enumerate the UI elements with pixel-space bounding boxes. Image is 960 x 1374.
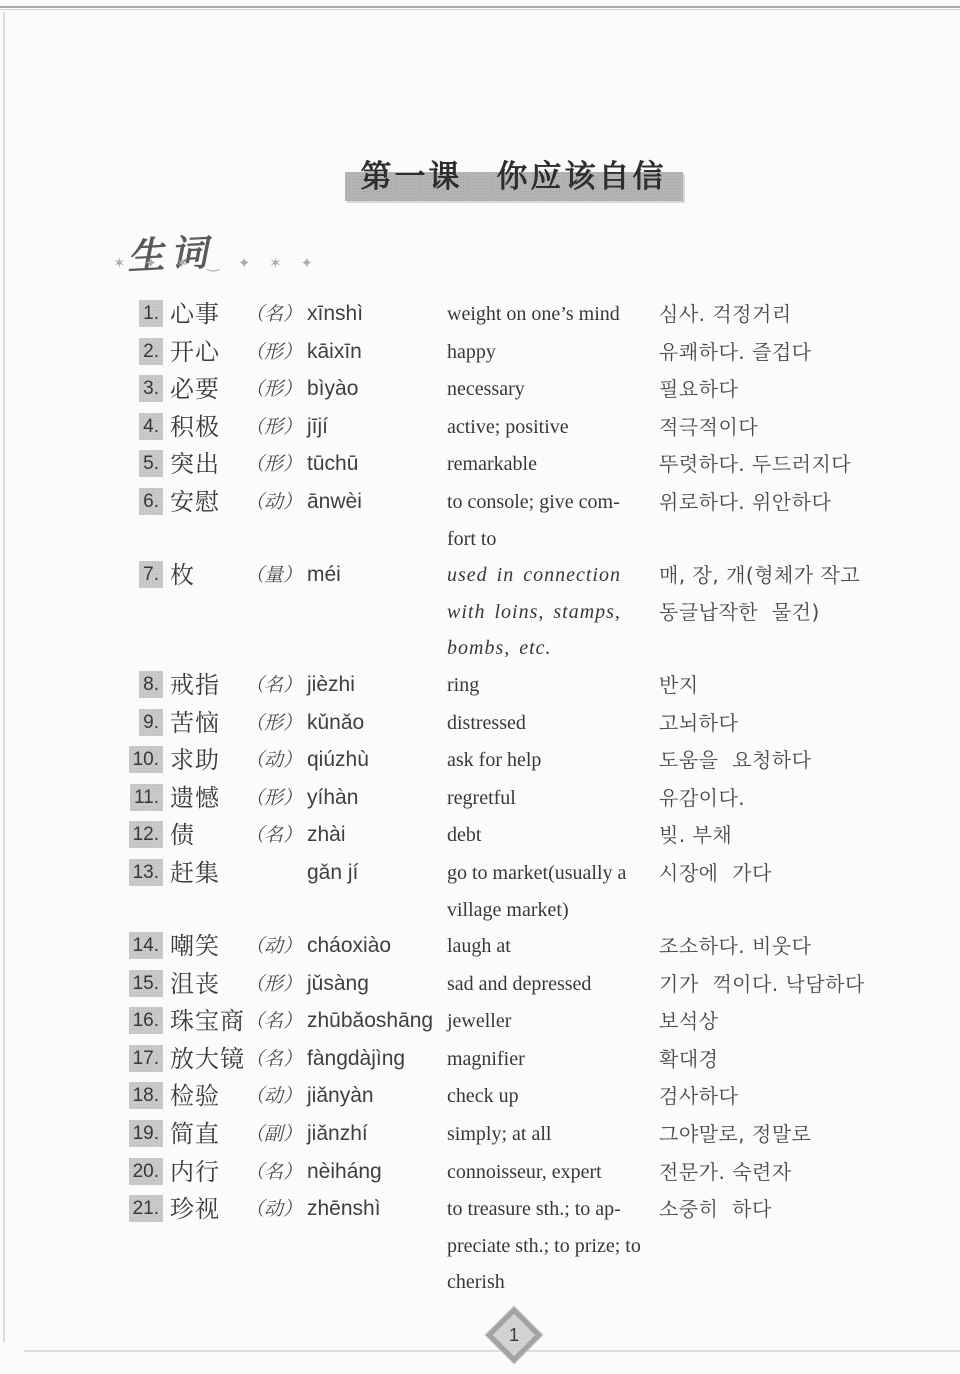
vocab-korean-gloss: 매, 장, 개(형체가 작고 동글납작한 물건) xyxy=(659,557,900,630)
vocab-number: 1. xyxy=(139,300,163,327)
vocab-word-chinese: 安慰 xyxy=(170,484,245,521)
vocab-number-cell: 12. xyxy=(127,817,170,855)
vocab-part-of-speech: （动） xyxy=(245,484,307,521)
vocab-pinyin: zhūbǎoshāng xyxy=(307,1003,447,1040)
vocab-number: 10. xyxy=(129,746,163,773)
vocab-number: 6. xyxy=(139,488,163,515)
vocab-english-gloss: remarkable xyxy=(447,446,659,483)
vocab-number-cell: 13. xyxy=(127,855,170,893)
vocab-number-cell: 8. xyxy=(127,667,170,705)
vocab-number-cell: 20. xyxy=(127,1154,170,1192)
vocab-word-chinese: 苦恼 xyxy=(170,705,245,742)
vocab-number-cell: 11. xyxy=(127,780,170,818)
vocab-english-gloss: go to market(usually a village market) xyxy=(447,855,659,928)
vocab-number-cell: 17. xyxy=(127,1041,170,1079)
vocab-pinyin: méi xyxy=(307,557,447,594)
vocab-pinyin: bìyào xyxy=(307,371,447,408)
vocab-korean-gloss: 심사. 걱정거리 xyxy=(659,296,900,333)
vocab-english-gloss: jeweller xyxy=(447,1003,659,1040)
vocab-number: 20. xyxy=(129,1158,163,1185)
vocab-korean-gloss: 소중히 하다 xyxy=(659,1191,900,1228)
vocab-english-gloss: check up xyxy=(447,1078,659,1115)
new-words-section-header: 生词 ✶ ✦ ✶ ‿ ✦ ✶ ✦ xyxy=(127,224,900,288)
vocab-number: 2. xyxy=(139,338,163,365)
vocab-number-cell: 10. xyxy=(127,742,170,780)
vocab-row: 14. 嘲笑 （动） cháoxiào laugh at 조소하다. 비웃다 xyxy=(127,928,900,966)
vocab-number-cell: 1. xyxy=(127,296,170,334)
vocab-korean-gloss: 도움을 요청하다 xyxy=(659,742,900,779)
vocab-row: 18. 检验 （动） jiǎnyàn check up 검사하다 xyxy=(127,1078,900,1116)
vocab-number: 11. xyxy=(130,784,163,811)
vocab-word-chinese: 必要 xyxy=(170,371,245,408)
page-number-diamond-badge: 1 xyxy=(485,1307,542,1364)
vocab-number: 16. xyxy=(129,1007,163,1034)
vocab-word-chinese: 放大镜 xyxy=(170,1041,245,1078)
vocab-number: 18. xyxy=(129,1082,163,1109)
vocab-number-cell: 19. xyxy=(127,1116,170,1154)
vocab-number: 17. xyxy=(129,1045,163,1072)
vocab-korean-gloss: 빚. 부채 xyxy=(659,817,900,854)
vocab-part-of-speech: （动） xyxy=(245,1191,307,1228)
vocab-row: 2. 开心 （形） kāixīn happy 유쾌하다. 즐겁다 xyxy=(127,334,900,372)
vocab-word-chinese: 遗憾 xyxy=(170,780,245,817)
vocab-word-chinese: 突出 xyxy=(170,446,245,483)
vocab-english-gloss: magnifier xyxy=(447,1041,659,1078)
vocab-korean-gloss: 필요하다 xyxy=(659,371,900,408)
vocab-word-chinese: 珠宝商 xyxy=(170,1003,245,1040)
vocab-row: 1. 心事 （名） xīnshì weight on one’s mind 심사… xyxy=(127,296,900,334)
vocab-row: 20. 内行 （名） nèiháng connoisseur, expert 전… xyxy=(127,1154,900,1192)
vocab-word-chinese: 心事 xyxy=(170,296,245,333)
page-content: 第一课 你应该自信 生词 ✶ ✦ ✶ ‿ ✦ ✶ ✦ 1. 心事 （名） xīn… xyxy=(127,0,900,1355)
vocab-part-of-speech: （名） xyxy=(245,296,307,333)
vocab-part-of-speech: （动） xyxy=(245,1078,307,1115)
vocab-english-gloss: necessary xyxy=(447,371,659,408)
vocab-korean-gloss: 유감이다. xyxy=(659,780,900,817)
vocab-part-of-speech: （名） xyxy=(245,1003,307,1040)
vocab-english-gloss: laugh at xyxy=(447,928,659,965)
vocab-number-cell: 7. xyxy=(127,557,170,595)
vocab-number: 19. xyxy=(129,1120,163,1147)
vocab-row: 16. 珠宝商 （名） zhūbǎoshāng jeweller 보석상 xyxy=(127,1003,900,1041)
vocab-row: 15. 沮丧 （形） jǔsàng sad and depressed 기가 꺽… xyxy=(127,966,900,1004)
vocab-word-chinese: 内行 xyxy=(170,1154,245,1191)
vocab-number-cell: 16. xyxy=(127,1003,170,1041)
vocab-word-chinese: 简直 xyxy=(170,1116,245,1153)
scan-edge-left xyxy=(3,12,5,1342)
vocab-row: 8. 戒指 （名） jièzhi ring 반지 xyxy=(127,667,900,705)
vocab-pinyin: kāixīn xyxy=(307,334,447,371)
vocab-row: 21. 珍视 （动） zhēnshì to treasure sth.; to … xyxy=(127,1191,900,1301)
vocab-number-cell: 4. xyxy=(127,409,170,447)
vocab-word-chinese: 债 xyxy=(170,817,245,854)
vocab-english-gloss: weight on one’s mind xyxy=(447,296,659,333)
vocab-number-cell: 15. xyxy=(127,966,170,1004)
vocab-row: 13. 赶集 gǎn jí go to market(usually a vil… xyxy=(127,855,900,928)
vocab-korean-gloss: 위로하다. 위안하다 xyxy=(659,484,900,521)
vocab-english-gloss: connoisseur, expert xyxy=(447,1154,659,1191)
vocab-word-chinese: 戒指 xyxy=(170,667,245,704)
vocab-pinyin: qiúzhù xyxy=(307,742,447,779)
vocab-number-cell: 9. xyxy=(127,705,170,743)
vocab-english-gloss: distressed xyxy=(447,705,659,742)
vocab-english-gloss: used in connection with loins, stamps, b… xyxy=(447,557,659,667)
page-number: 1 xyxy=(499,1320,529,1350)
lesson-title-text: 第一课 你应该自信 xyxy=(361,159,667,195)
vocab-pinyin: jièzhi xyxy=(307,667,447,704)
vocab-korean-gloss: 보석상 xyxy=(659,1003,900,1040)
vocab-number-cell: 3. xyxy=(127,371,170,409)
vocab-pinyin: jǔsàng xyxy=(307,966,447,1003)
vocab-korean-gloss: 그야말로, 정말로 xyxy=(659,1116,900,1153)
vocab-pinyin: jījí xyxy=(307,409,447,446)
vocab-part-of-speech: （形） xyxy=(245,334,307,371)
lesson-title-wrap: 第一课 你应该自信 xyxy=(127,156,900,198)
vocab-pinyin: ānwèi xyxy=(307,484,447,521)
vocab-english-gloss: sad and depressed xyxy=(447,966,659,1003)
vocab-word-chinese: 积极 xyxy=(170,409,245,446)
vocab-number: 13. xyxy=(129,859,163,886)
vocab-english-gloss: to treasure sth.; to ap- preciate sth.; … xyxy=(447,1191,659,1301)
vocab-korean-gloss: 유쾌하다. 즐겁다 xyxy=(659,334,900,371)
vocab-english-gloss: ring xyxy=(447,667,659,704)
vocab-row: 7. 枚 （量） méi used in connection with loi… xyxy=(127,557,900,667)
vocab-english-gloss: simply; at all xyxy=(447,1116,659,1153)
vocab-row: 5. 突出 （形） tūchū remarkable 뚜렷하다. 두드러지다 xyxy=(127,446,900,484)
vocab-part-of-speech: （形） xyxy=(245,705,307,742)
vocab-row: 19. 简直 （副） jiǎnzhí simply; at all 그야말로, … xyxy=(127,1116,900,1154)
vocab-word-chinese: 求助 xyxy=(170,742,245,779)
vocab-english-gloss: debt xyxy=(447,817,659,854)
vocab-pinyin: cháoxiào xyxy=(307,928,447,965)
vocab-english-gloss: to console; give com- fort to xyxy=(447,484,659,557)
vocab-korean-gloss: 검사하다 xyxy=(659,1078,900,1115)
vocab-part-of-speech: （副） xyxy=(245,1116,307,1153)
vocab-part-of-speech: （形） xyxy=(245,780,307,817)
vocab-row: 17. 放大镜 （名） fàngdàjìng magnifier 확대경 xyxy=(127,1041,900,1079)
vocab-korean-gloss: 기가 꺽이다. 낙담하다 xyxy=(659,966,900,1003)
vocab-korean-gloss: 조소하다. 비웃다 xyxy=(659,928,900,965)
vocab-part-of-speech: （形） xyxy=(245,371,307,408)
vocab-pinyin: yíhàn xyxy=(307,780,447,817)
vocab-row: 9. 苦恼 （形） kǔnǎo distressed 고뇌하다 xyxy=(127,705,900,743)
vocab-pinyin: jiǎnyàn xyxy=(307,1078,447,1115)
vocab-part-of-speech: （名） xyxy=(245,667,307,704)
vocab-korean-gloss: 전문가. 숙련자 xyxy=(659,1154,900,1191)
page-number-wrap: 1 xyxy=(127,1315,900,1355)
vocab-word-chinese: 沮丧 xyxy=(170,966,245,1003)
vocab-number: 9. xyxy=(139,709,163,736)
lesson-title: 第一课 你应该自信 xyxy=(351,156,677,198)
vocab-word-chinese: 珍视 xyxy=(170,1191,245,1228)
vocab-number: 4. xyxy=(139,413,163,440)
vocab-row: 12. 债 （名） zhài debt 빚. 부채 xyxy=(127,817,900,855)
vocab-korean-gloss: 확대경 xyxy=(659,1041,900,1078)
vocab-english-gloss: active; positive xyxy=(447,409,659,446)
vocab-number: 7. xyxy=(139,561,163,588)
vocab-number: 5. xyxy=(139,450,163,477)
vocab-number: 3. xyxy=(139,375,163,402)
vocab-number-cell: 5. xyxy=(127,446,170,484)
vocab-pinyin: gǎn jí xyxy=(307,855,447,892)
vocab-number-cell: 2. xyxy=(127,334,170,372)
vocab-number-cell: 21. xyxy=(127,1191,170,1229)
vocab-part-of-speech: （动） xyxy=(245,742,307,779)
vocab-part-of-speech: （量） xyxy=(245,557,307,594)
vocab-pinyin: nèiháng xyxy=(307,1154,447,1191)
vocab-word-chinese: 开心 xyxy=(170,334,245,371)
vocab-pinyin: jiǎnzhí xyxy=(307,1116,447,1153)
vocab-number: 15. xyxy=(129,970,163,997)
vocab-part-of-speech: （名） xyxy=(245,817,307,854)
vocab-pinyin: zhēnshì xyxy=(307,1191,447,1228)
vocab-part-of-speech: （形） xyxy=(245,446,307,483)
vocab-korean-gloss: 반지 xyxy=(659,667,900,704)
vocab-english-gloss: happy xyxy=(447,334,659,371)
vocab-korean-gloss: 고뇌하다 xyxy=(659,705,900,742)
vocab-pinyin: zhài xyxy=(307,817,447,854)
vocab-number-cell: 6. xyxy=(127,484,170,522)
vocab-part-of-speech: （动） xyxy=(245,928,307,965)
vocab-part-of-speech: （名） xyxy=(245,1041,307,1078)
vocab-number: 8. xyxy=(139,671,163,698)
vocab-number: 21. xyxy=(129,1195,163,1222)
vocab-word-chinese: 检验 xyxy=(170,1078,245,1115)
vocab-number: 14. xyxy=(129,932,163,959)
vocab-pinyin: xīnshì xyxy=(307,296,447,333)
vocab-korean-gloss: 적극적이다 xyxy=(659,409,900,446)
vocab-number-cell: 18. xyxy=(127,1078,170,1116)
vocab-word-chinese: 嘲笑 xyxy=(170,928,245,965)
vocab-part-of-speech: （形） xyxy=(245,966,307,1003)
vocab-english-gloss: regretful xyxy=(447,780,659,817)
vocab-pinyin: tūchū xyxy=(307,446,447,483)
vocab-row: 11. 遗憾 （形） yíhàn regretful 유감이다. xyxy=(127,780,900,818)
vocab-row: 3. 必要 （形） bìyào necessary 필요하다 xyxy=(127,371,900,409)
vocab-row: 4. 积极 （形） jījí active; positive 적극적이다 xyxy=(127,409,900,447)
vocab-word-chinese: 赶集 xyxy=(170,855,245,892)
vocab-number-cell: 14. xyxy=(127,928,170,966)
vocab-pinyin: kǔnǎo xyxy=(307,705,447,742)
vocab-row: 10. 求助 （动） qiúzhù ask for help 도움을 요청하다 xyxy=(127,742,900,780)
vocab-number: 12. xyxy=(129,821,163,848)
vocab-korean-gloss: 시장에 가다 xyxy=(659,855,900,892)
stars-decoration-icon: ✶ ✦ ✶ ‿ ✦ ✶ ✦ xyxy=(113,254,343,272)
vocab-english-gloss: ask for help xyxy=(447,742,659,779)
vocab-word-chinese: 枚 xyxy=(170,557,245,594)
vocab-part-of-speech: （形） xyxy=(245,409,307,446)
vocab-pinyin: fàngdàjìng xyxy=(307,1041,447,1078)
vocab-row: 6. 安慰 （动） ānwèi to console; give com- fo… xyxy=(127,484,900,557)
vocab-korean-gloss: 뚜렷하다. 두드러지다 xyxy=(659,446,900,483)
vocab-list: 1. 心事 （名） xīnshì weight on one’s mind 심사… xyxy=(127,296,900,1301)
vocab-part-of-speech: （名） xyxy=(245,1154,307,1191)
